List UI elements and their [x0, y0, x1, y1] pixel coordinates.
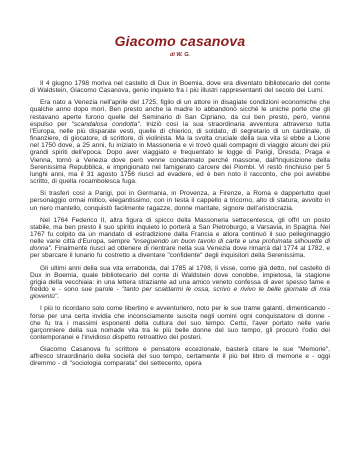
text-run: Il 4 giugno 1798 moriva nel castello di … [30, 80, 330, 94]
paragraph: I più lo ricordano solo come libertino e… [30, 305, 330, 341]
text-run: . [57, 293, 59, 300]
text-run: Si trasferì così a Parigi, poi in German… [30, 190, 330, 211]
paragraph: Il 4 giugno 1798 moriva nel castello di … [30, 80, 330, 94]
document-page: Giacomo casanova di W. G. Il 4 giugno 17… [0, 0, 360, 466]
text-run: I più lo ricordano solo come libertino e… [30, 305, 330, 341]
text-run: . Finalmente riuscì ad ottenere di rient… [30, 245, 330, 259]
text-run: Giacomo Casanova fu scrittore e pensator… [30, 346, 330, 367]
text-run: . Iniziò così la sua straordinaria avven… [30, 121, 330, 185]
paragraph: Giacomo Casanova fu scrittore e pensator… [30, 346, 330, 367]
article-body: Il 4 giugno 1798 moriva nel castello di … [30, 80, 330, 368]
paragraph: Nel 1764 Federico II, altra figura di sp… [30, 217, 330, 260]
page-title: Giacomo casanova [30, 34, 330, 49]
byline: di W. G. [30, 52, 330, 58]
text-run: "scandalosa condotta" [72, 121, 140, 128]
paragraph: Si trasferì così a Parigi, poi in German… [30, 190, 330, 211]
paragraph: Gli ultimi anni della sua vita errabonda… [30, 265, 330, 301]
paragraph: Era nato a Venezia nell'aprile del 1725,… [30, 99, 330, 185]
